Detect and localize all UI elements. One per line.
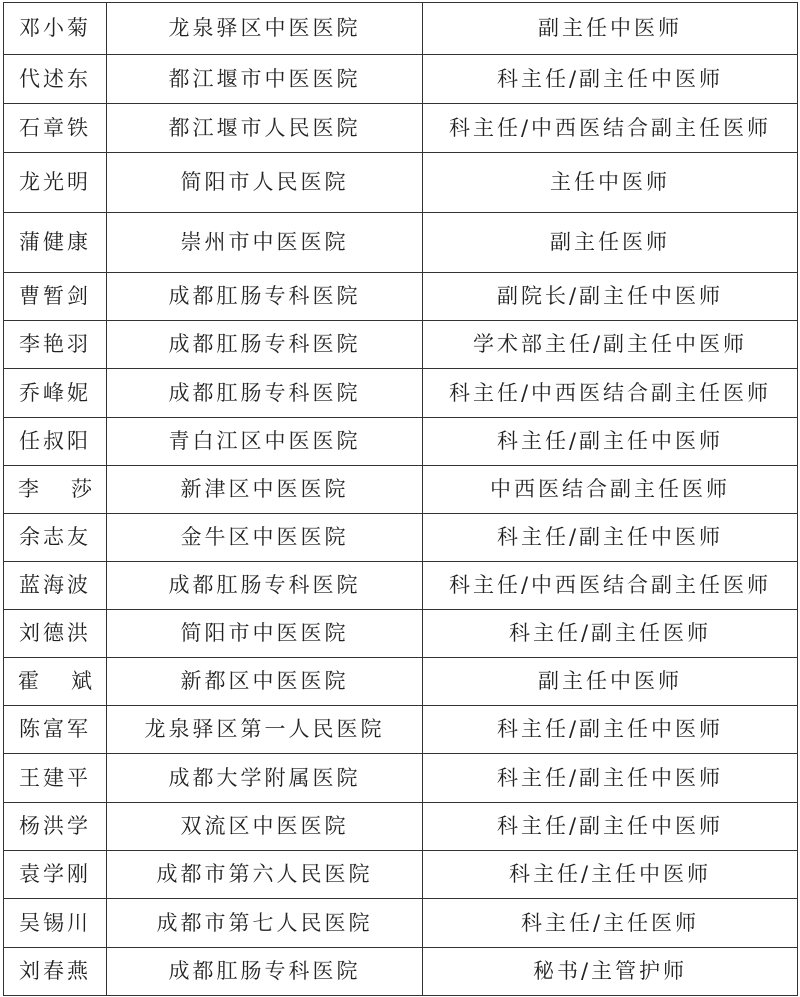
table-row: 蓝海波成都肛肠专科医院科主任/中西医结合副主任医师 bbox=[4, 562, 798, 610]
hospital-cell: 成都肛肠专科医院 bbox=[107, 369, 423, 418]
table-row: 任叔阳青白江区中医医院科主任/副主任中医师 bbox=[4, 418, 798, 466]
hospital-cell: 成都市第六人民医院 bbox=[107, 851, 423, 899]
table-row: 乔峰妮成都肛肠专科医院科主任/中西医结合副主任医师 bbox=[4, 369, 798, 418]
name-cell: 蓝海波 bbox=[4, 562, 107, 610]
title-cell: 科主任/主任中医师 bbox=[423, 851, 798, 899]
table-row: 蒲健康崇州市中医医院副主任医师 bbox=[4, 213, 798, 273]
title-cell: 科主任/副主任中医师 bbox=[423, 754, 798, 803]
name-split: 霍斌 bbox=[4, 671, 106, 692]
table-row: 代述东都江堰市中医医院科主任/副主任中医师 bbox=[4, 55, 798, 104]
title-cell: 科主任/副主任中医师 bbox=[423, 706, 798, 754]
table-row: 李艳羽成都肛肠专科医院学术部主任/副主任中医师 bbox=[4, 321, 798, 369]
table-row: 霍斌新都区中医医院副主任中医师 bbox=[4, 658, 798, 706]
hospital-cell: 成都肛肠专科医院 bbox=[107, 562, 423, 610]
hospital-cell: 简阳市人民医院 bbox=[107, 153, 423, 213]
table-row: 刘春燕成都肛肠专科医院秘书/主管护师 bbox=[4, 948, 798, 996]
hospital-cell: 青白江区中医医院 bbox=[107, 418, 423, 466]
title-cell: 学术部主任/副主任中医师 bbox=[423, 321, 798, 369]
title-cell: 科主任/副主任医师 bbox=[423, 610, 798, 658]
title-cell: 主任中医师 bbox=[423, 153, 798, 213]
hospital-cell: 简阳市中医医院 bbox=[107, 610, 423, 658]
name-cell: 龙光明 bbox=[4, 153, 107, 213]
title-cell: 副主任医师 bbox=[423, 213, 798, 273]
table-row: 袁学刚成都市第六人民医院科主任/主任中医师 bbox=[4, 851, 798, 899]
name-part: 李 bbox=[18, 479, 39, 500]
table-row: 李莎新津区中医医院中西医结合副主任医师 bbox=[4, 466, 798, 514]
hospital-cell: 成都肛肠专科医院 bbox=[107, 321, 423, 369]
title-cell: 副主任中医师 bbox=[423, 658, 798, 706]
table-row: 王建平成都大学附属医院科主任/副主任中医师 bbox=[4, 754, 798, 803]
name-cell: 蒲健康 bbox=[4, 213, 107, 273]
name-cell: 陈富军 bbox=[4, 706, 107, 754]
name-part: 斌 bbox=[71, 671, 92, 692]
name-cell: 曹暂剑 bbox=[4, 273, 107, 321]
hospital-cell: 崇州市中医医院 bbox=[107, 213, 423, 273]
member-table: 邓小菊龙泉驿区中医医院副主任中医师代述东都江堰市中医医院科主任/副主任中医师石章… bbox=[3, 2, 798, 996]
name-cell: 刘春燕 bbox=[4, 948, 107, 996]
table-row: 吴锡川成都市第七人民医院科主任/主任医师 bbox=[4, 899, 798, 948]
hospital-cell: 成都市第七人民医院 bbox=[107, 899, 423, 948]
name-cell: 乔峰妮 bbox=[4, 369, 107, 418]
table-row: 陈富军龙泉驿区第一人民医院科主任/副主任中医师 bbox=[4, 706, 798, 754]
table-row: 石章铁都江堰市人民医院科主任/中西医结合副主任医师 bbox=[4, 104, 798, 153]
hospital-cell: 成都肛肠专科医院 bbox=[107, 273, 423, 321]
title-cell: 科主任/中西医结合副主任医师 bbox=[423, 104, 798, 153]
title-cell: 科主任/副主任中医师 bbox=[423, 418, 798, 466]
title-cell: 副主任中医师 bbox=[423, 3, 798, 55]
name-cell: 任叔阳 bbox=[4, 418, 107, 466]
title-cell: 科主任/副主任中医师 bbox=[423, 514, 798, 562]
member-table-body: 邓小菊龙泉驿区中医医院副主任中医师代述东都江堰市中医医院科主任/副主任中医师石章… bbox=[4, 3, 798, 996]
name-cell: 李艳羽 bbox=[4, 321, 107, 369]
hospital-cell: 都江堰市中医医院 bbox=[107, 55, 423, 104]
hospital-cell: 龙泉驿区第一人民医院 bbox=[107, 706, 423, 754]
name-cell: 代述东 bbox=[4, 55, 107, 104]
name-cell: 石章铁 bbox=[4, 104, 107, 153]
title-cell: 科主任/主任医师 bbox=[423, 899, 798, 948]
name-cell: 霍斌 bbox=[4, 658, 107, 706]
title-cell: 科主任/中西医结合副主任医师 bbox=[423, 562, 798, 610]
title-cell: 副院长/副主任中医师 bbox=[423, 273, 798, 321]
table-row: 杨洪学双流区中医医院科主任/副主任中医师 bbox=[4, 803, 798, 851]
hospital-cell: 双流区中医医院 bbox=[107, 803, 423, 851]
title-cell: 中西医结合副主任医师 bbox=[423, 466, 798, 514]
table-row: 刘德洪简阳市中医医院科主任/副主任医师 bbox=[4, 610, 798, 658]
name-cell: 李莎 bbox=[4, 466, 107, 514]
table-row: 龙光明简阳市人民医院主任中医师 bbox=[4, 153, 798, 213]
hospital-cell: 新都区中医医院 bbox=[107, 658, 423, 706]
name-part: 莎 bbox=[71, 479, 92, 500]
title-cell: 科主任/中西医结合副主任医师 bbox=[423, 369, 798, 418]
name-cell: 王建平 bbox=[4, 754, 107, 803]
title-cell: 科主任/副主任中医师 bbox=[423, 803, 798, 851]
table-row: 邓小菊龙泉驿区中医医院副主任中医师 bbox=[4, 3, 798, 55]
name-cell: 刘德洪 bbox=[4, 610, 107, 658]
title-cell: 秘书/主管护师 bbox=[423, 948, 798, 996]
hospital-cell: 龙泉驿区中医医院 bbox=[107, 3, 423, 55]
table-row: 余志友金牛区中医医院科主任/副主任中医师 bbox=[4, 514, 798, 562]
name-split: 李莎 bbox=[4, 479, 106, 500]
name-cell: 吴锡川 bbox=[4, 899, 107, 948]
name-cell: 邓小菊 bbox=[4, 3, 107, 55]
name-part: 霍 bbox=[18, 671, 39, 692]
name-cell: 袁学刚 bbox=[4, 851, 107, 899]
table-row: 曹暂剑成都肛肠专科医院副院长/副主任中医师 bbox=[4, 273, 798, 321]
hospital-cell: 新津区中医医院 bbox=[107, 466, 423, 514]
name-cell: 余志友 bbox=[4, 514, 107, 562]
name-cell: 杨洪学 bbox=[4, 803, 107, 851]
hospital-cell: 成都肛肠专科医院 bbox=[107, 948, 423, 996]
hospital-cell: 都江堰市人民医院 bbox=[107, 104, 423, 153]
hospital-cell: 成都大学附属医院 bbox=[107, 754, 423, 803]
title-cell: 科主任/副主任中医师 bbox=[423, 55, 798, 104]
hospital-cell: 金牛区中医医院 bbox=[107, 514, 423, 562]
